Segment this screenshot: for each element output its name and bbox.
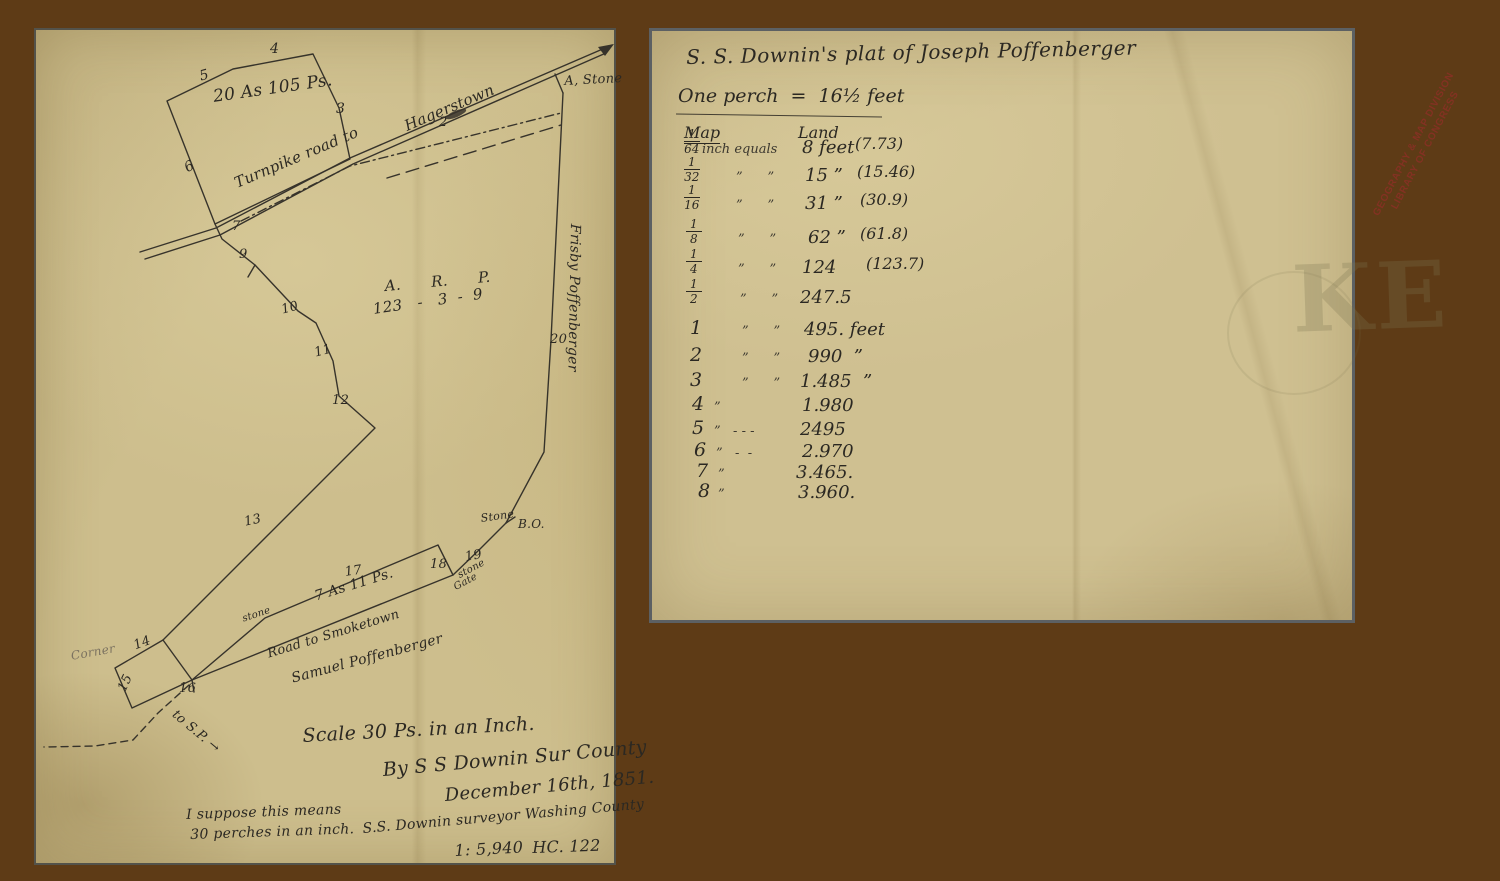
old-road-dashed-trace	[387, 125, 561, 178]
cell-actual-value: (61.8)	[860, 224, 908, 243]
fraction: 116	[684, 184, 700, 211]
fraction-denominator: 4	[686, 262, 702, 275]
map-label-pt16: 16	[179, 682, 196, 696]
fraction: 18	[686, 218, 702, 245]
paper-watermark: KE	[1290, 240, 1452, 353]
table-row: 116” ”31 ”(30.9)	[652, 193, 1352, 219]
cell-ditto-marks: ” ”	[738, 262, 776, 277]
cell-actual-value: (30.9)	[860, 190, 908, 209]
cell-ditto-marks: ” ”	[736, 198, 774, 213]
sp-dashed-line	[44, 685, 189, 747]
cell-map-scale: 8	[698, 480, 710, 502]
cell-ditto-marks: ”	[718, 487, 725, 502]
fraction-denominator: 2	[686, 292, 702, 305]
map-label-pt4: 4	[270, 42, 279, 57]
fraction: 164	[684, 128, 700, 155]
cell-actual-value: (15.46)	[857, 162, 915, 181]
cell-land-value: 31 ”	[805, 193, 843, 214]
cell-land-value: 8 feet	[802, 137, 854, 158]
map-label-pt9: 9	[239, 248, 248, 262]
table-row: 4”1.980	[652, 395, 1352, 421]
cell-land-value: 495. feet	[804, 319, 885, 340]
stamp-line2: LIBRARY OF CONGRESS	[1382, 76, 1469, 225]
fraction-denominator: 64	[684, 142, 700, 155]
cell-map-scale: 1	[690, 317, 702, 339]
fraction-numerator: 1	[684, 156, 700, 170]
east-boundary-line	[506, 93, 563, 523]
cell-land-value: 990 ”	[808, 346, 863, 367]
stamp-line1: GEOGRAPHY & MAP DIVISION	[1371, 70, 1458, 219]
cell-ditto-marks: ” ”	[738, 232, 776, 247]
cell-ditto-marks: ” ”	[740, 292, 778, 307]
fraction-numerator: 1	[684, 184, 700, 198]
road-arrowhead	[598, 44, 614, 56]
cell-land-value: 3.960.	[798, 482, 855, 503]
a-stone-corner-stub	[555, 74, 563, 93]
cell-land-value: 62 ”	[808, 227, 846, 248]
cell-map-scale: 7	[696, 460, 708, 482]
cell-ditto-marks: ” ”	[742, 351, 780, 366]
cell-ditto-marks: ” ”	[742, 376, 780, 391]
cell-land-value: 247.5	[800, 287, 852, 308]
photographed-plat-background: { "page": { "background_color": "#5e3b16…	[0, 0, 1500, 881]
cell-actual-value: (123.7)	[866, 254, 924, 273]
cell-ditto-marks: inch equals	[702, 142, 777, 157]
survey-branch-tick	[248, 265, 255, 277]
cell-ditto-marks: ” - - -	[714, 424, 755, 439]
map-label-hc-number: HC. 122	[532, 837, 601, 857]
map-label-ratio: 1: 5,940	[454, 838, 524, 859]
map-label-a-stone: A, Stone	[564, 72, 623, 89]
table-row: 164inch equals8 feet(7.73)	[652, 137, 1352, 163]
cell-ditto-marks: ” - -	[716, 446, 752, 461]
table-row: 8”3.960.	[652, 482, 1352, 508]
plat-map-sheet: 23456791011121314151617181920A, StoneTur…	[36, 30, 614, 863]
smoketown-strip-boundary	[192, 545, 453, 680]
fraction: 12	[686, 278, 702, 305]
cell-map-scale: 5	[692, 417, 704, 439]
cell-map-scale: 12	[686, 285, 702, 315]
notes-sheet: S. S. Downin's plat of Joseph Poffenberg…	[652, 31, 1352, 620]
fraction-denominator: 8	[686, 232, 702, 245]
table-row: 132” ”15 ”(15.46)	[652, 165, 1352, 191]
fraction-denominator: 32	[684, 170, 700, 183]
cell-map-scale: 3	[690, 369, 702, 391]
fraction-numerator: 1	[686, 218, 702, 232]
turnpike-road-line-1	[140, 45, 612, 252]
cell-land-value: 2495	[800, 419, 846, 440]
table-row: 14” ”124(123.7)	[652, 257, 1352, 283]
cell-land-value: 124	[802, 257, 836, 278]
cell-ditto-marks: ” ”	[742, 324, 780, 339]
cell-land-value: 2.970	[802, 441, 854, 462]
cell-map-scale: 6	[694, 439, 706, 461]
cell-ditto-marks: ”	[718, 467, 725, 482]
map-label-frisby: Frisby Poffenberger	[564, 224, 582, 372]
fraction-numerator: 1	[684, 128, 700, 142]
perch-equivalence: One perch = 16½ feet	[678, 85, 904, 107]
library-stamp: GEOGRAPHY & MAP DIVISION LIBRARY OF CONG…	[1371, 70, 1469, 225]
underline-stroke	[676, 114, 882, 118]
cell-land-value: 3.465.	[796, 462, 853, 483]
map-label-pt7: 7	[232, 220, 241, 234]
fraction: 132	[684, 156, 700, 183]
cell-land-value: 15 ”	[805, 165, 843, 186]
notes-title: S. S. Downin's plat of Joseph Poffenberg…	[686, 36, 1136, 69]
fraction: 14	[686, 248, 702, 275]
table-row: 18” ”62 ”(61.8)	[652, 227, 1352, 253]
map-label-pt3: 3	[336, 102, 345, 117]
map-label-bo: B.O.	[518, 518, 545, 531]
fraction-numerator: 1	[686, 248, 702, 262]
map-label-pt18: 18	[430, 558, 447, 572]
cell-land-value: 1.485 ”	[800, 371, 872, 392]
west-boundary-line	[163, 224, 375, 640]
cell-actual-value: (7.73)	[855, 134, 903, 153]
fraction-numerator: 1	[686, 278, 702, 292]
fraction-denominator: 16	[684, 198, 700, 211]
cell-land-value: 1.980	[802, 395, 854, 416]
cell-ditto-marks: ”	[714, 400, 721, 415]
map-label-pt12: 12	[332, 394, 349, 408]
cell-map-scale: 4	[692, 393, 704, 415]
cell-ditto-marks: ” ”	[736, 170, 774, 185]
cell-map-scale: 2	[690, 344, 702, 366]
